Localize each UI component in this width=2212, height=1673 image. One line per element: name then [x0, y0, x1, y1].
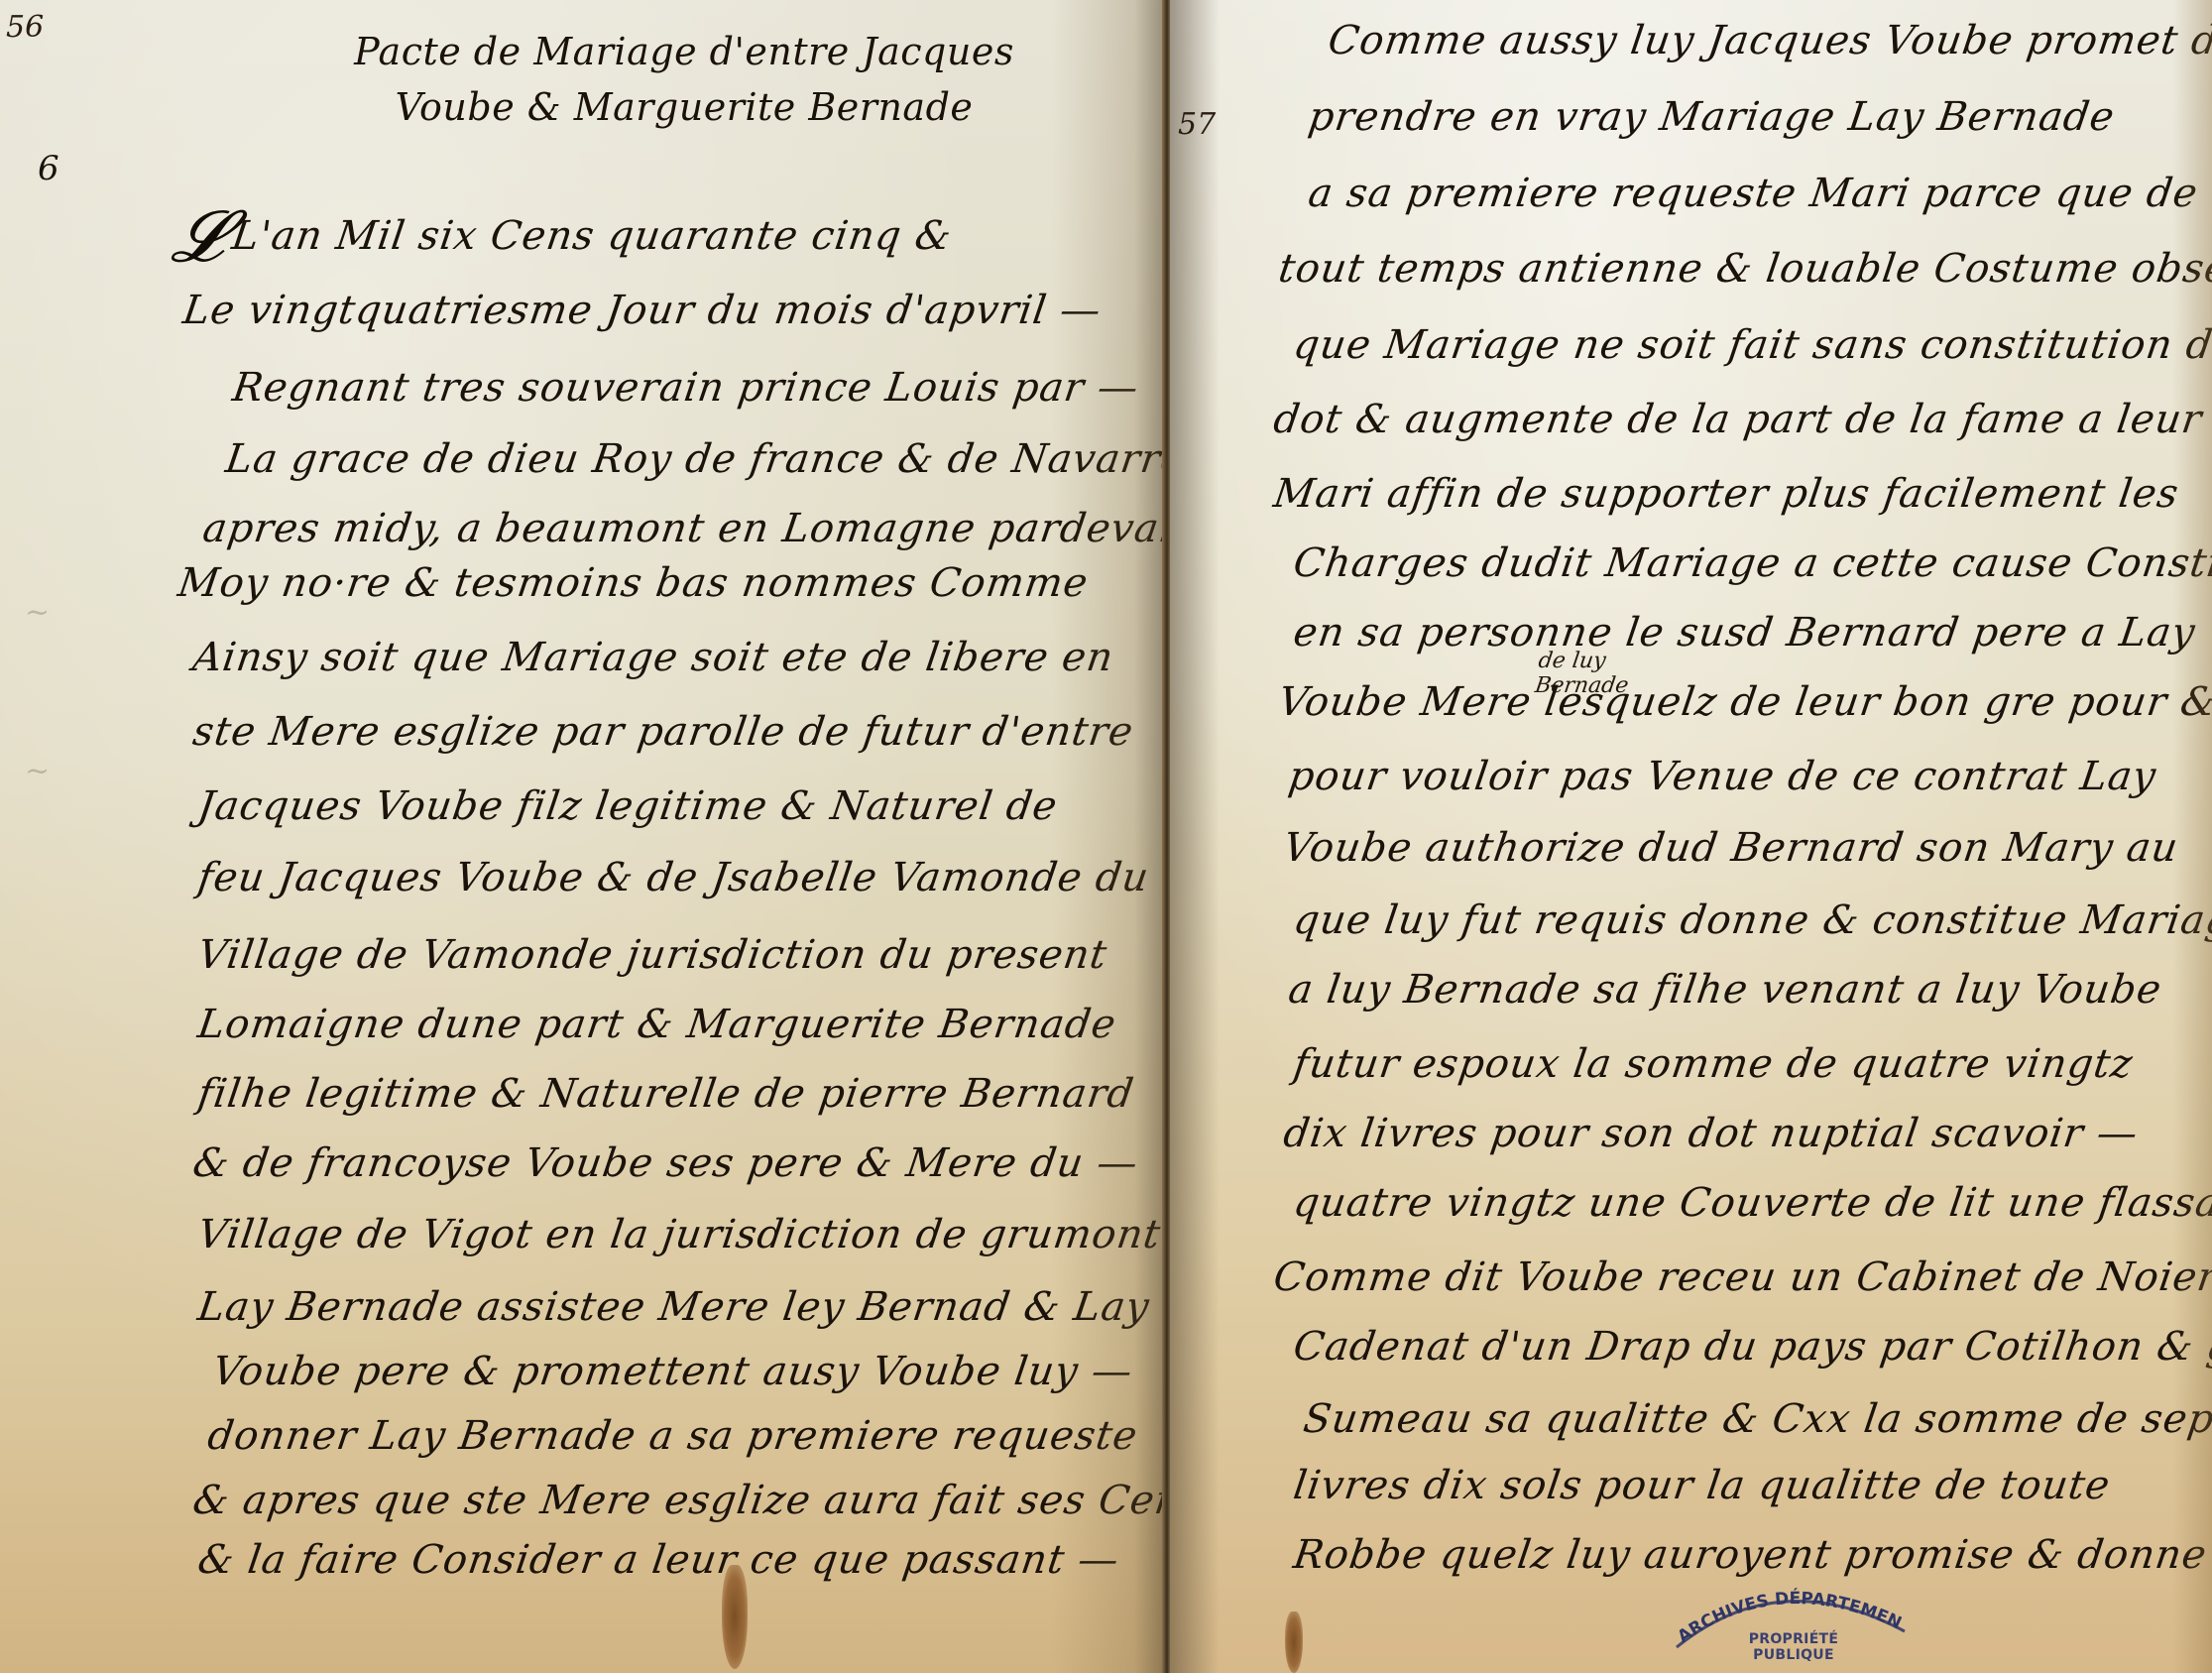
manuscript-line: que luy fut requis donne & constitue Mar… [1291, 897, 2212, 943]
manuscript-line: que Mariage ne soit fait sans constituti… [1291, 322, 2212, 368]
manuscript-line: Robbe quelz luy auroyent promise & donne [1291, 1532, 2210, 1578]
ink-stain [1285, 1612, 1303, 1673]
manuscript-line: Comme dit Voube receu un Cabinet de Noie… [1271, 1255, 2212, 1300]
manuscript-line: La grace de dieu Roy de france & de Nava… [223, 436, 1170, 482]
ink-stain [722, 1565, 748, 1669]
manuscript-line: filhe legitime & Naturelle de pierre Ber… [195, 1071, 1137, 1117]
manuscript-line: & de francoyse Voube ses pere & Mere du … [190, 1140, 1141, 1186]
folio-number-right: 57 [1178, 107, 1216, 142]
manuscript-line: quatre vingtz une Couverte de lit une fl… [1291, 1180, 2212, 1226]
heading-line-1: Pacte de Mariage d'entre Jacques [307, 24, 1061, 79]
manuscript-line: dix livres pour son dot nuptial scavoir … [1281, 1111, 2142, 1156]
manuscript-line: apres midy, a beaumont en Lomagne pardev… [200, 506, 1170, 551]
entry-number: 6 [38, 149, 59, 188]
manuscript-line: Mari affin de supporter plus facilement … [1271, 471, 2182, 517]
manuscript-line: Voube Mere lesquelz de leur bon gre pour… [1276, 679, 2212, 725]
manuscript-line: Charges dudit Mariage a cette cause Cons… [1291, 540, 2212, 586]
stamp-center-text: PROPRIÉTÉ PUBLIQUE [1714, 1631, 1873, 1663]
bleed-through-text: ~ [25, 754, 50, 788]
initial-flourish-icon: 𝓛 [171, 216, 229, 256]
manuscript-line: tout temps antienne & louable Costume ob… [1276, 246, 2212, 292]
manuscript-line: dot & augmente de la part de la fame a l… [1271, 397, 2205, 442]
manuscript-line: donner Lay Bernade a sa premiere request… [205, 1413, 1141, 1459]
manuscript-line: futur espoux la somme de quatre vingtz [1291, 1041, 2137, 1087]
archives-stamp: ARCHIVES DÉPARTEMENTALES PROPRIÉTÉ PUBLI… [1671, 1582, 1909, 1661]
manuscript-line: ste Mere esglize par parolle de futur d'… [190, 709, 1136, 755]
manuscript-line: Comme aussy luy Jacques Voube promet de [1326, 18, 2212, 63]
manuscript-line: a sa premiere requeste Mari parce que de [1306, 171, 2201, 216]
right-page: 57 Comme aussy luy Jacques Voube promet … [1170, 0, 2212, 1673]
manuscript-line: Ainsy soit que Mariage soit ete de liber… [190, 635, 1116, 680]
manuscript-line: Sumeau sa qualitte & Cxx la somme de sep… [1301, 1396, 2212, 1442]
act-heading: Pacte de Mariage d'entre Jacques Voube &… [307, 24, 1061, 135]
manuscript-line: Lomaigne dune part & Marguerite Bernade [195, 1002, 1119, 1047]
manuscript-line: Village de Vamonde jurisdiction du prese… [195, 932, 1110, 978]
left-page: 56 Pacte de Mariage d'entre Jacques Voub… [0, 0, 1170, 1673]
manuscript-line: en sa personne le susd Bernard pere a La… [1291, 610, 2199, 656]
manuscript-line: Le vingtquatriesme Jour du mois d'apvril… [180, 288, 1105, 333]
manuscript-line: Jacques Voube filz legitime & Naturel de [195, 783, 1061, 829]
manuscript-line: Moy no·re & tesmoins bas nommes Comme [175, 560, 1092, 606]
manuscript-line: Voube pere & promettent ausy Voube luy — [210, 1349, 1136, 1394]
bleed-through-text: ~ [25, 595, 50, 630]
manuscript-line: prendre en vray Mariage Lay Bernade [1306, 94, 2118, 140]
open-register-book: 56 Pacte de Mariage d'entre Jacques Voub… [0, 0, 2212, 1673]
manuscript-line: livres dix sols pour la qualitte de tout… [1291, 1463, 2114, 1508]
manuscript-line: & la faire Consider a leur ce que passan… [195, 1537, 1122, 1583]
manuscript-line: a luy Bernade sa filhe venant a luy Voub… [1286, 967, 2165, 1013]
manuscript-line: & apres que ste Mere esglize aura fait s… [190, 1478, 1170, 1523]
manuscript-line: Cadenat d'un Drap du pays par Cotilhon &… [1291, 1324, 2212, 1370]
manuscript-line: Regnant tres souverain prince Louis par … [230, 365, 1142, 411]
manuscript-line: Village de Vigot en la jurisdiction de g… [195, 1212, 1164, 1257]
heading-line-2: Voube & Marguerite Bernade [307, 79, 1061, 135]
folio-number-left: 56 [6, 10, 44, 45]
manuscript-line: 𝓛L'an Mil six Cens quarante cinq & [171, 213, 955, 259]
manuscript-line: pour vouloir pas Venue de ce contrat Lay [1286, 754, 2159, 799]
manuscript-line: feu Jacques Voube & de Jsabelle Vamonde … [195, 855, 1170, 900]
manuscript-line: Voube authorize dud Bernard son Mary au [1281, 825, 2181, 871]
manuscript-line: Lay Bernade assistee Mere ley Bernad & L… [195, 1284, 1153, 1330]
